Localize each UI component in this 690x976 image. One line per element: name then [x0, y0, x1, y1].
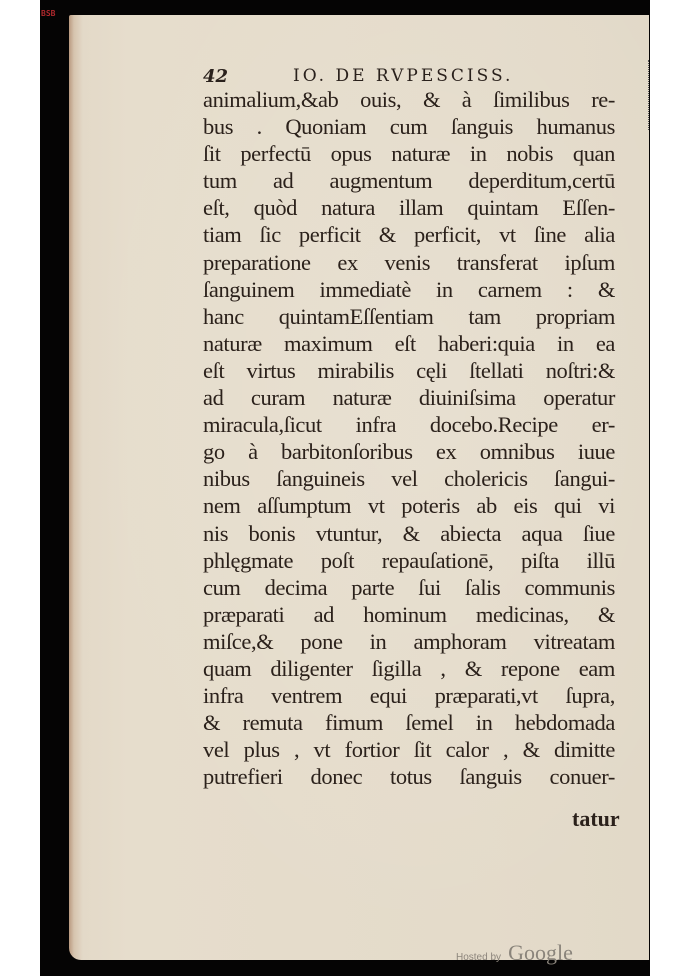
hosted-by-google-watermark: Hosted by Google [456, 940, 573, 966]
page-number: 42 [203, 66, 228, 87]
text-line: preparatione ex venis transferat ipſum [203, 249, 615, 276]
catchword: tatur [572, 806, 620, 832]
text-line: cum decima parte ſui ſalis communis [203, 574, 615, 601]
text-line: eſt virtus mirabilis cęli ſtellati noſtr… [203, 357, 615, 384]
running-head: IO. DE RVPESCISS. [293, 66, 513, 86]
text-line: eſt, quòd natura illam quintam Eſſen- [203, 194, 615, 221]
library-mark: BSB [41, 9, 55, 18]
text-line: putrefieri donec totus ſanguis conuer- [203, 763, 615, 790]
text-line: bus . Quoniam cum ſanguis humanus [203, 113, 615, 140]
text-line: præparati ad hominum medicinas, & [203, 601, 615, 628]
text-line: nis bonis vtuntur, & abiecta aqua ſiue [203, 520, 615, 547]
text-line: nem aſſumptum vt poteris ab eis qui vi [203, 492, 615, 519]
text-line: tiam ſic perficit & perficit, vt ſine al… [203, 221, 615, 248]
text-line: ſit perfectū opus naturæ in nobis quan [203, 140, 615, 167]
text-line: animalium,&ab ouis, & à ſimilibus re- [203, 86, 615, 113]
text-line: tum ad augmentum deperditum,certū [203, 167, 615, 194]
text-line: quam diligenter ſigilla , & repone eam [203, 655, 615, 682]
hosted-by-label: Hosted by [456, 952, 501, 963]
text-line: vel plus , vt fortior ſit calor , & dimi… [203, 736, 615, 763]
text-line: miſce,& pone in amphoram vitreatam [203, 628, 615, 655]
text-line: ſanguinem immediatè in carnem : & [203, 276, 615, 303]
text-line: phlęgmate poſt repauſationē, piſta illū [203, 547, 615, 574]
google-logo: Google [508, 940, 573, 965]
text-line: infra ventrem equi præparati,vt ſupra, [203, 682, 615, 709]
text-line: go à barbitonſoribus ex omnibus iuue [203, 438, 615, 465]
text-line: hanc quintamEſſentiam tam propriam [203, 303, 615, 330]
text-line: ad curam naturæ diuiniſsima operatur [203, 384, 615, 411]
text-line: miracula,ſicut infra docebo.Recipe er- [203, 411, 615, 438]
text-line: & remuta fimum ſemel in hebdomada [203, 709, 615, 736]
text-line: naturæ maximum eſt haberi:quia in ea [203, 330, 615, 357]
text-line: nibus ſanguineis vel cholericis ſangui- [203, 465, 615, 492]
page-edge-marks [648, 60, 651, 130]
body-text: animalium,&ab ouis, & à ſimilibus re- bu… [203, 86, 615, 790]
